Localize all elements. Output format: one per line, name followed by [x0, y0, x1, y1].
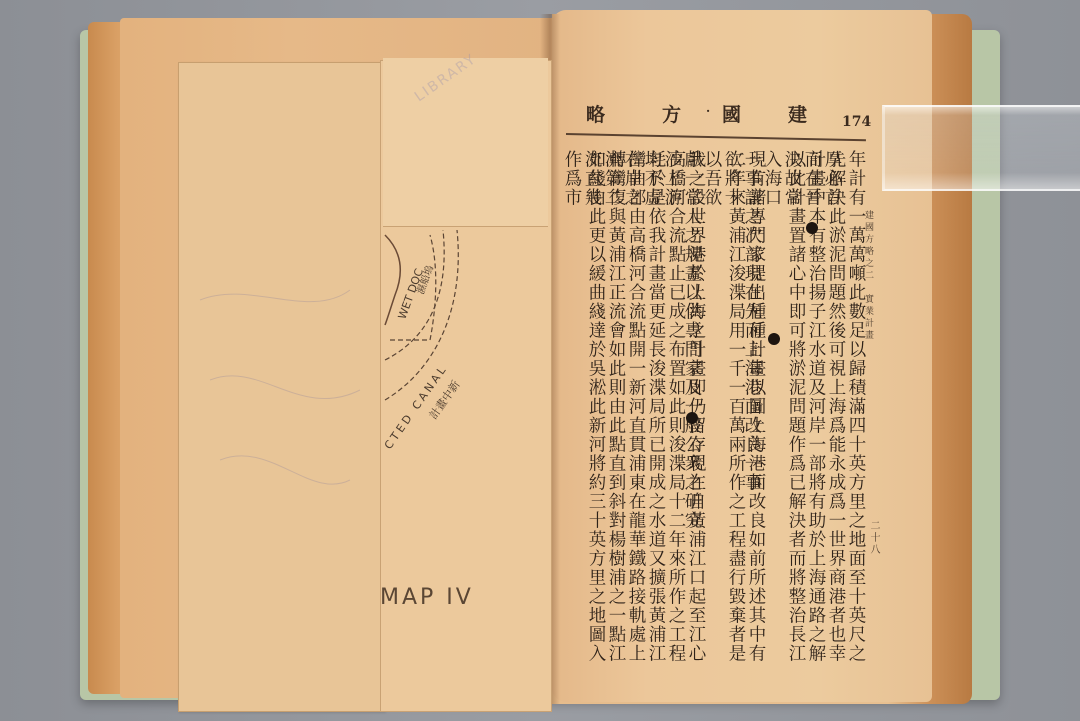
ink-blot-mark: [686, 412, 698, 424]
running-head-char: 方: [662, 100, 681, 127]
text-column: 如綫由此更以緩曲綫達於吳淞此新河將約三十英方里之地圖入作爲市: [560, 150, 608, 670]
faint-map-sketch: [190, 260, 370, 560]
page-number: 174: [842, 114, 871, 130]
ink-blot-mark: [806, 222, 818, 234]
canal-map-drawing: WET DOC 濕船塢 CTED CANAL 計畫中新: [375, 200, 505, 460]
map-title: MAP IV: [380, 585, 474, 610]
ink-blot-mark: [768, 333, 780, 345]
chinese-folio: 二十八: [866, 520, 881, 556]
running-head-char: 略: [586, 100, 605, 127]
running-head-dot: ·: [706, 104, 710, 118]
acrylic-page-weight[interactable]: [882, 105, 1080, 191]
running-head-char: 建: [788, 100, 807, 127]
running-head-char: 國: [722, 100, 741, 127]
